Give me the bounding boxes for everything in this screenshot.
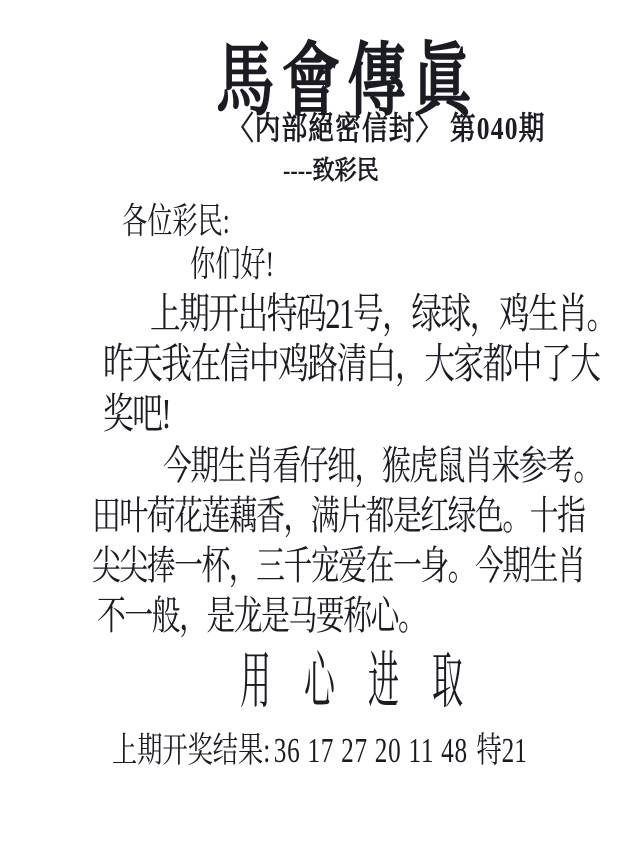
results-numbers: 36 17 27 20 11 48 [274, 731, 468, 770]
fax-document-sheet: 馬會傳眞 〈内部絕密信封〉 第040期 ----致彩民 各位彩民: 你们好! 上… [0, 0, 640, 846]
paragraph2-line1: 今期生肖看仔细，猴虎鼠肖来参考。 [163, 446, 601, 486]
addressee-line: ----致彩民 [283, 158, 379, 184]
paragraph1-line3: 奖吧! [103, 394, 170, 436]
slogan-text: 用心进取 [240, 651, 496, 713]
last-draw-results-line: 上期开奖结果:36 17 27 20 11 48特21 [112, 733, 527, 768]
paragraph1-line2: 昨天我在信中鸡路清白，大家都中了大 [103, 344, 599, 386]
paragraph1-line1: 上期开出特码21号，绿球，鸡生肖。 [150, 294, 616, 336]
paragraph2-line3: 尖尖捧一杯，三千宠爱在一身。今期生肖 [92, 546, 584, 586]
results-label: 上期开奖结果: [112, 731, 270, 770]
salutation-line: 各位彩民: [122, 203, 230, 239]
paragraph2-line2: 田叶荷花莲藕香，满片都是红绿色。十指 [92, 496, 584, 536]
greeting-line: 你们好! [190, 246, 274, 282]
results-special-number: 特21 [476, 731, 526, 770]
issue-subtitle: 〈内部絕密信封〉 第040期 [228, 112, 546, 144]
paragraph2-line4: 不一般，是龙是马要称心。 [97, 596, 425, 636]
